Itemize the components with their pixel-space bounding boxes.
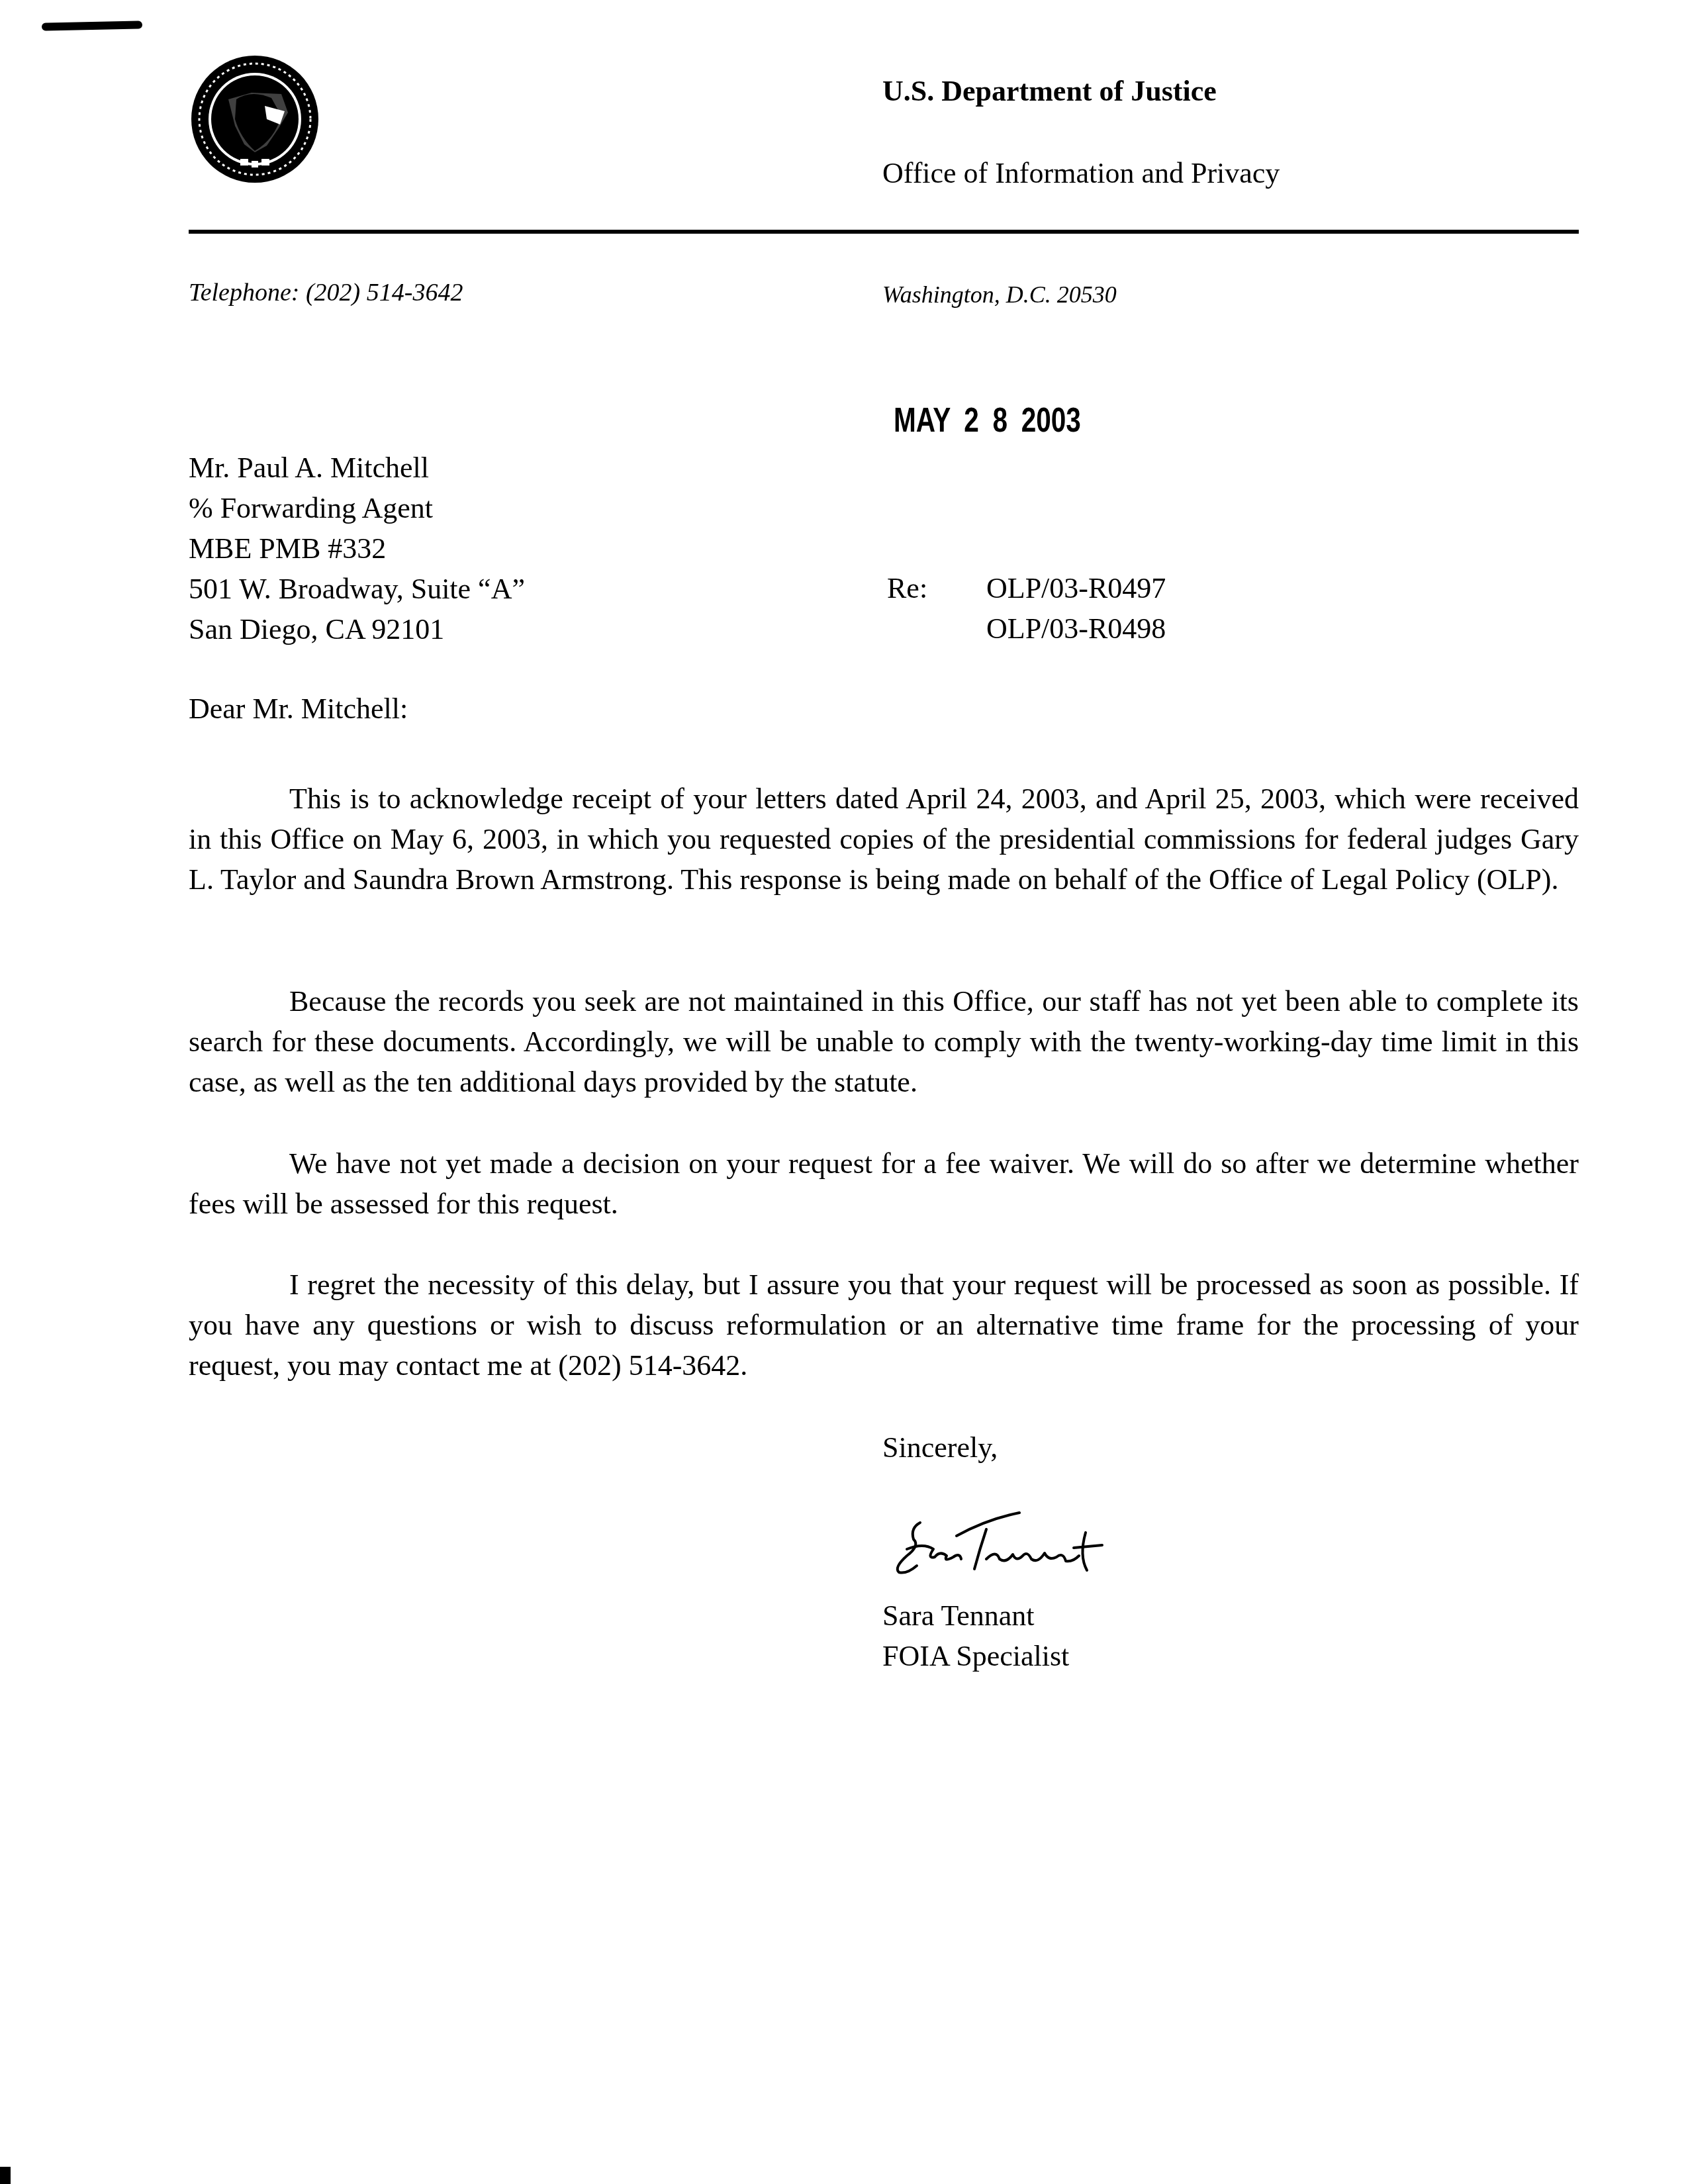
paragraph-text: We have not yet made a decision on your … xyxy=(189,1143,1579,1224)
reference-number: OLP/03-R0498 xyxy=(986,608,1166,649)
address-line: San Diego, CA 92101 xyxy=(189,609,525,649)
scan-artifact-mark xyxy=(0,2167,11,2184)
address-line: MBE PMB #332 xyxy=(189,528,525,569)
body-paragraph: This is to acknowledge receipt of your l… xyxy=(189,779,1579,900)
body-paragraph: We have not yet made a decision on your … xyxy=(189,1143,1579,1224)
body-paragraph: I regret the necessity of this delay, bu… xyxy=(189,1264,1579,1386)
address-line: % Forwarding Agent xyxy=(189,488,525,528)
paragraph-text: This is to acknowledge receipt of your l… xyxy=(189,779,1579,900)
telephone-line: Telephone: (202) 514-3642 xyxy=(189,278,463,307)
signer-name: Sara Tennant xyxy=(882,1595,1069,1636)
paragraph-text: Because the records you seek are not mai… xyxy=(189,981,1579,1102)
recipient-address: Mr. Paul A. Mitchell % Forwarding Agent … xyxy=(189,448,525,649)
doj-seal-icon xyxy=(189,53,321,185)
address-line: Mr. Paul A. Mitchell xyxy=(189,448,525,488)
reference-number: OLP/03-R0497 xyxy=(986,568,1166,608)
address-line: 501 W. Broadway, Suite “A” xyxy=(189,569,525,609)
handwritten-signature-icon xyxy=(887,1509,1205,1589)
signer-title: FOIA Specialist xyxy=(882,1636,1069,1676)
valediction: Sincerely, xyxy=(882,1427,998,1468)
city-line: Washington, D.C. 20530 xyxy=(882,281,1117,309)
reference-label: Re: xyxy=(887,568,927,608)
reference-numbers: OLP/03-R0497 OLP/03-R0498 xyxy=(986,568,1166,649)
office-name: Office of Information and Privacy xyxy=(882,156,1280,190)
signer-block: Sara Tennant FOIA Specialist xyxy=(882,1595,1069,1676)
letterhead-divider xyxy=(189,230,1579,234)
agency-name: U.S. Department of Justice xyxy=(882,74,1217,108)
date-stamp: MAY 2 8 2003 xyxy=(894,401,1081,440)
salutation: Dear Mr. Mitchell: xyxy=(189,688,408,729)
scan-artifact-mark xyxy=(42,21,142,30)
body-paragraph: Because the records you seek are not mai… xyxy=(189,981,1579,1102)
paragraph-text: I regret the necessity of this delay, bu… xyxy=(189,1264,1579,1386)
